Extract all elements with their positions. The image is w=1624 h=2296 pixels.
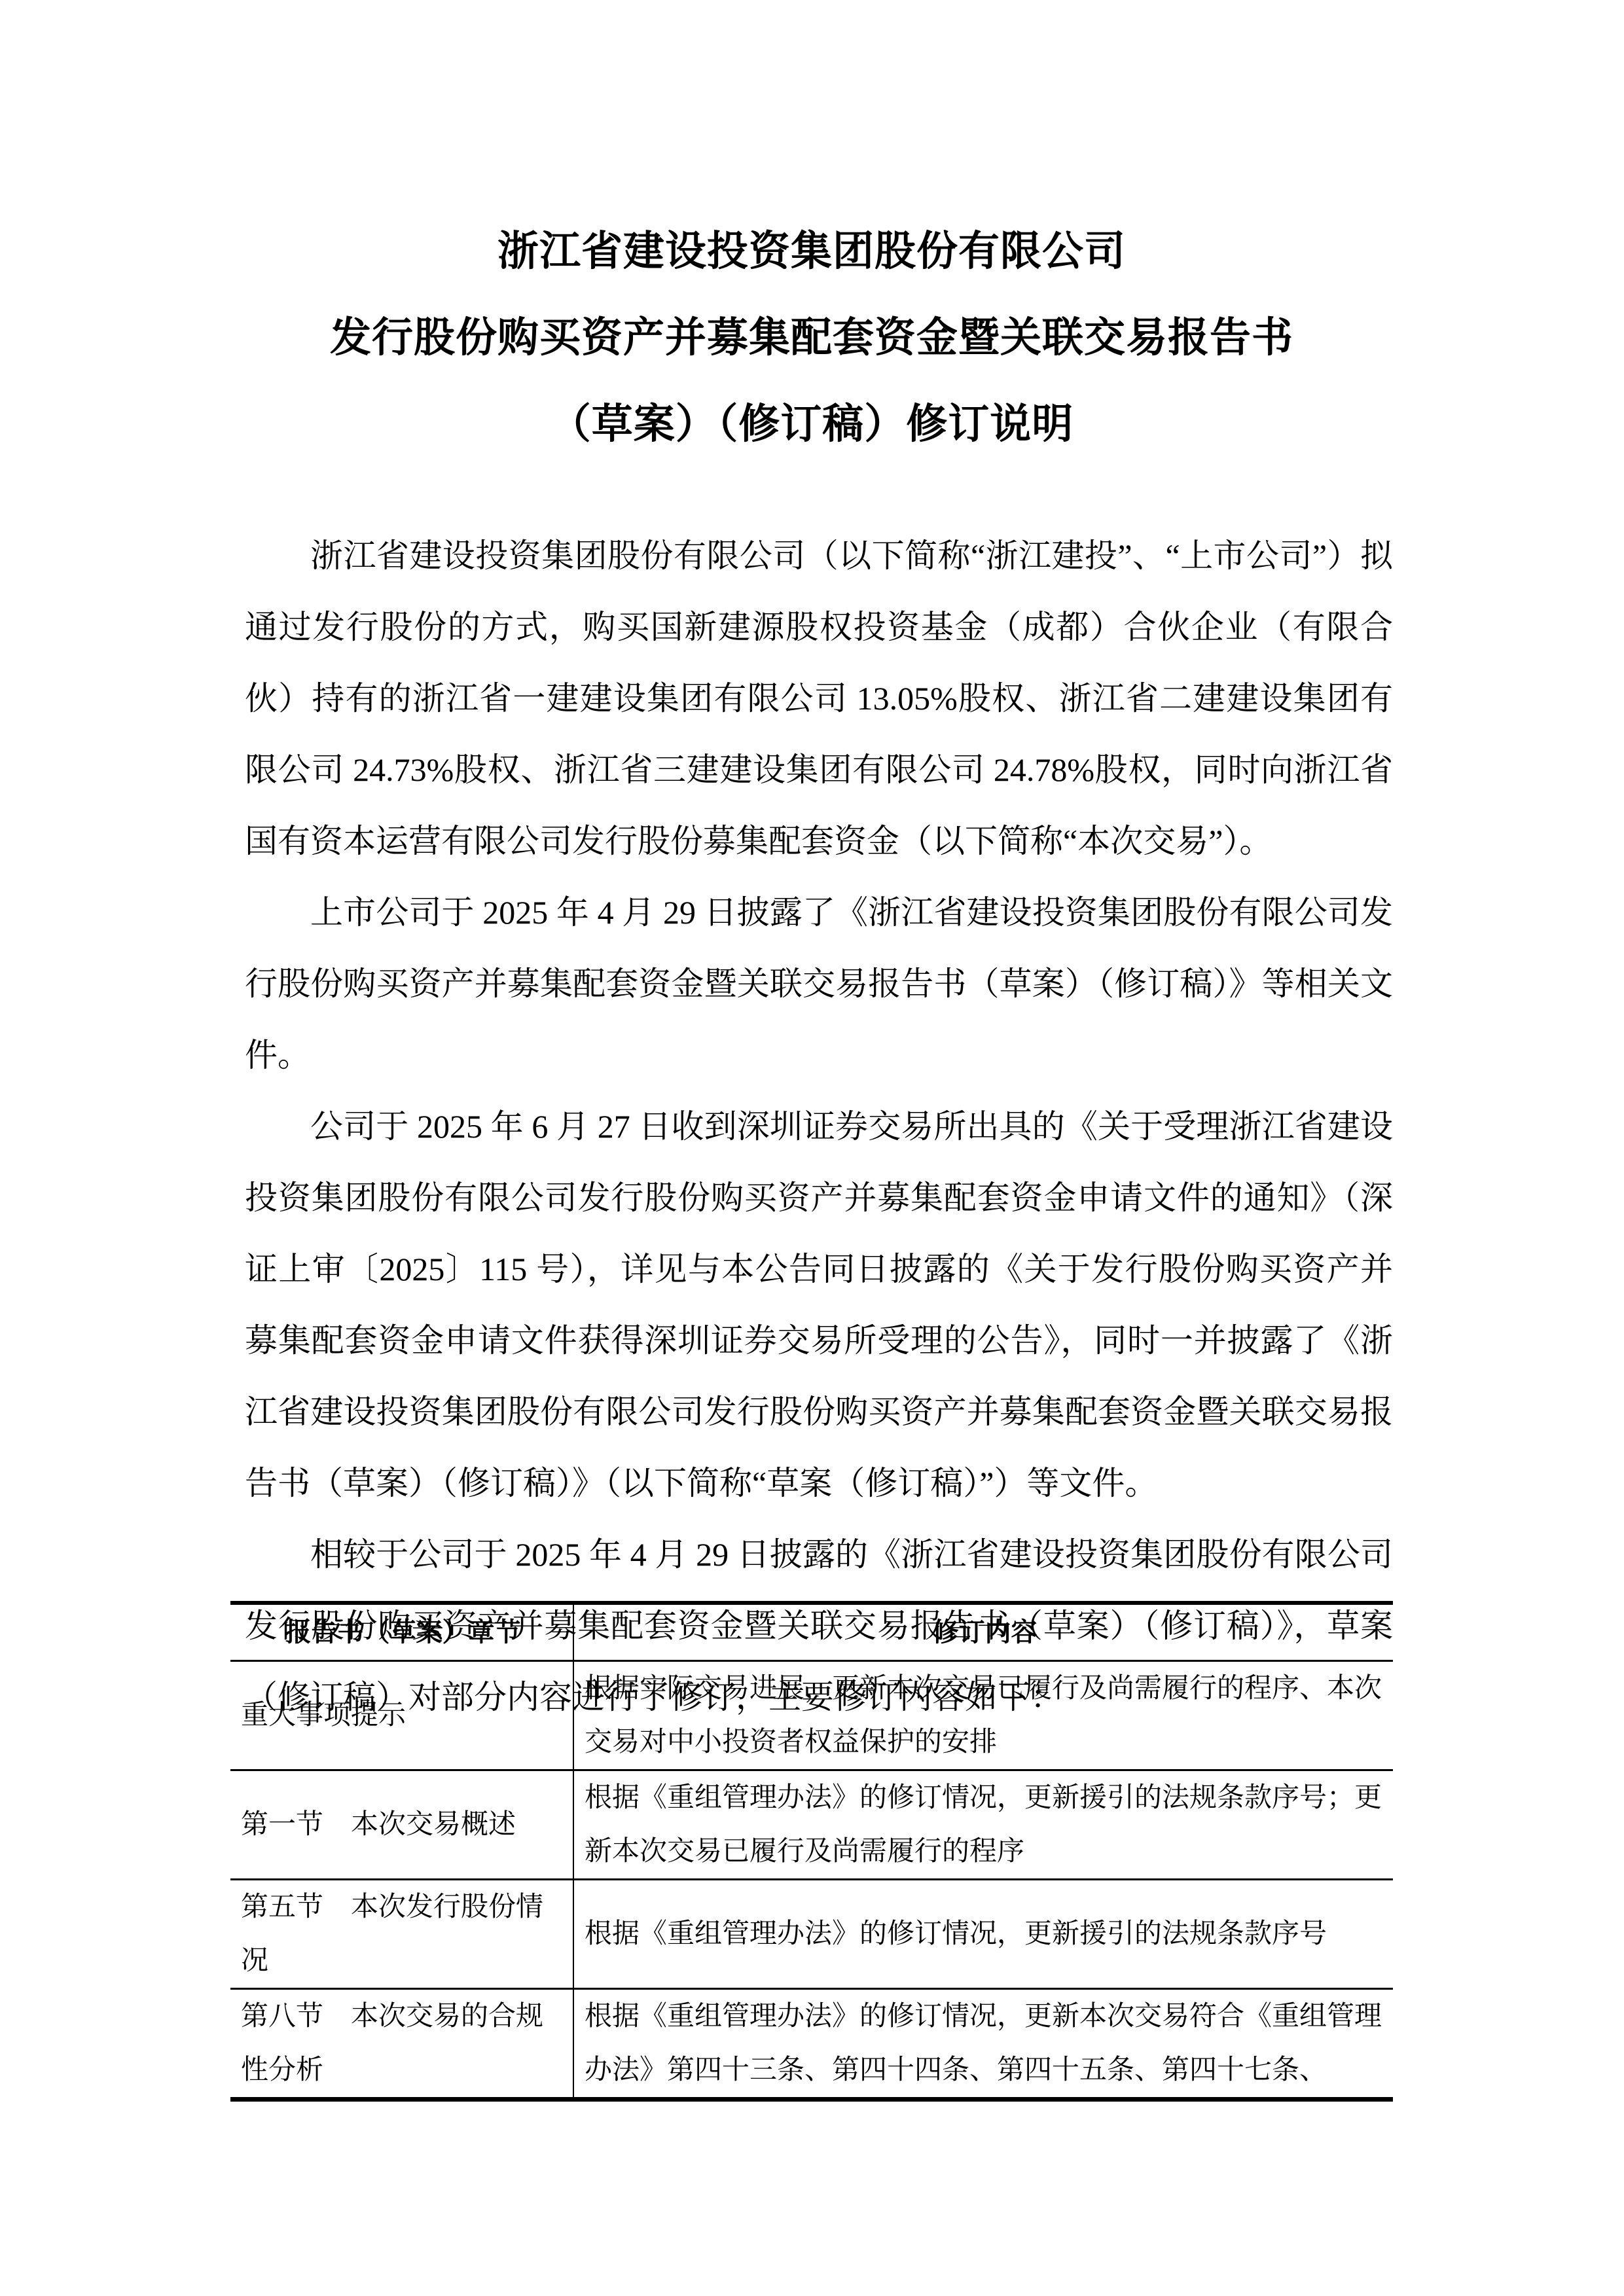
document-body: 浙江省建设投资集团股份有限公司（以下简称“浙江建投”、“上市公司”）拟通过发行股…: [245, 520, 1393, 1733]
table-header-row: 报告书（草案）章节 修订内容: [230, 1603, 1393, 1661]
revision-table: 报告书（草案）章节 修订内容 重大事项提示 根据实际交易进展，更新本次交易已履行…: [230, 1601, 1393, 2102]
cell-content: 根据《重组管理办法》的修订情况，更新援引的法规条款序号；更新本次交易已履行及尚需…: [573, 1770, 1393, 1880]
paragraph-szse-acceptance: 公司于 2025 年 6 月 27 日收到深圳证券交易所出具的《关于受理浙江省建…: [245, 1091, 1393, 1519]
document-title: 浙江省建设投资集团股份有限公司 发行股份购买资产并募集配套资金暨关联交易报告书 …: [236, 208, 1388, 467]
cell-chapter: 第八节 本次交易的合规性分析: [230, 1989, 573, 2100]
table-row: 重大事项提示 根据实际交易进展，更新本次交易已履行及尚需履行的程序、本次交易对中…: [230, 1661, 1393, 1770]
table-row: 第五节 本次发行股份情况 根据《重组管理办法》的修订情况，更新援引的法规条款序号: [230, 1880, 1393, 1989]
header-chapter: 报告书（草案）章节: [230, 1603, 573, 1661]
cell-chapter: 第五节 本次发行股份情况: [230, 1880, 573, 1989]
document-page: 浙江省建设投资集团股份有限公司 发行股份购买资产并募集配套资金暨关联交易报告书 …: [0, 0, 1624, 2296]
header-revision-content: 修订内容: [573, 1603, 1393, 1661]
cell-content: 根据实际交易进展，更新本次交易已履行及尚需履行的程序、本次交易对中小投资者权益保…: [573, 1661, 1393, 1770]
table-row: 第一节 本次交易概述 根据《重组管理办法》的修订情况，更新援引的法规条款序号；更…: [230, 1770, 1393, 1880]
paragraph-transaction-overview: 浙江省建设投资集团股份有限公司（以下简称“浙江建投”、“上市公司”）拟通过发行股…: [245, 520, 1393, 877]
cell-chapter: 第一节 本次交易概述: [230, 1770, 573, 1880]
cell-content: 根据《重组管理办法》的修订情况，更新援引的法规条款序号: [573, 1880, 1393, 1989]
table-row: 第八节 本次交易的合规性分析 根据《重组管理办法》的修订情况，更新本次交易符合《…: [230, 1989, 1393, 2100]
title-line-company: 浙江省建设投资集团股份有限公司: [236, 208, 1388, 295]
title-line-revision: （草案）（修订稿）修订说明: [236, 381, 1388, 467]
paragraph-prior-disclosure: 上市公司于 2025 年 4 月 29 日披露了《浙江省建设投资集团股份有限公司…: [245, 877, 1393, 1091]
cell-chapter: 重大事项提示: [230, 1661, 573, 1770]
cell-content: 根据《重组管理办法》的修订情况，更新本次交易符合《重组管理办法》第四十三条、第四…: [573, 1989, 1393, 2100]
title-line-report: 发行股份购买资产并募集配套资金暨关联交易报告书: [236, 295, 1388, 381]
